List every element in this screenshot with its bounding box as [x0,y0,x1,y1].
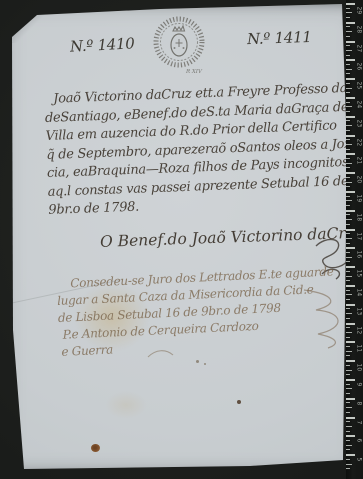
ruler-cm-segment: 24 [346,97,363,116]
ruler-tick-half [346,257,352,258]
ruler-cm-segment: 19 [346,191,363,210]
ruler-tick-minor [346,120,350,121]
ruler-tick-minor [346,318,350,319]
ruler-cm-segment: 8 [346,398,363,417]
ruler-tick-major [346,153,355,155]
ruler-tick-minor [346,337,350,338]
endorsement-text-block: Consedeu-se Juro dos Lettrados E.te agua… [56,263,337,360]
ruler-number: 16 [356,251,363,259]
ruler-tick-major [346,285,355,287]
ruler-tick-major [346,59,355,61]
ruler-tick-minor [346,308,350,309]
ruler-tick-minor [346,158,350,159]
torn-corner-shade [12,13,46,43]
ruler-tick-major [346,116,355,118]
ruler-cm-segment: 18 [346,210,363,229]
ink-dot [204,363,206,365]
ruler-tick-minor [346,374,350,375]
ruler-tick-minor [346,214,350,215]
ruler-tick-major [346,210,355,212]
ruler-tick-minor [346,36,350,37]
scan-background: N.º 1410 N.º 1411 R XIV Joaõ Victorino d… [0,0,363,479]
crown-seal-stamp-icon: R XIV [148,15,214,77]
ruler-cm-segment: 27 [346,41,363,60]
ruler-tick-minor [346,365,350,366]
ruler-tick-minor [346,45,350,46]
ruler-cm-segment: 9 [346,379,363,398]
ruler-number: 14 [356,289,363,297]
ruler-number: 18 [356,213,363,221]
ruler-tick-major [346,398,355,400]
ruler-tick-half [346,144,352,145]
ruler-tick-minor [346,111,350,112]
ruler-tick-half [346,426,352,427]
ruler-number: 26 [356,63,363,71]
ruler-number: 28 [356,25,363,33]
ruler-cm-segment: 22 [346,135,363,154]
ruler-tick-minor [346,290,350,291]
ruler-number: 24 [356,101,363,109]
ruler-tick-major [346,135,355,137]
ruler-tick-half [346,294,352,295]
ruler-cm-segment: 25 [346,78,363,97]
ruler-tick-minor [346,459,350,460]
ruler-cm-segment: 13 [346,304,363,323]
endorsement-flourish-icon [298,286,346,350]
ruler-tick-minor [346,139,350,140]
ruler-tick-major [346,229,355,231]
paper-stain-faint [96,385,156,425]
ruler-tick-half [346,407,352,408]
ruler-tick-half [346,106,352,107]
ruler-tick-major [346,435,355,437]
ruler-tick-half [346,238,352,239]
ruler-cm-segment: 29 [346,3,363,22]
ruler-tick-minor [346,177,350,178]
ruler-tick-half [346,464,352,465]
ruler-tick-minor [346,130,350,131]
ruler-tick-minor [346,186,350,187]
ruler-cm-segment: 6 [346,435,363,454]
ruler-number: 6 [356,439,363,447]
ruler-tick-major [346,266,355,268]
ruler-number: 13 [356,307,363,315]
ruler-cm-segment: 20 [346,172,363,191]
ruler-tick-minor [346,412,350,413]
ruler-tick-minor [346,402,350,403]
ruler-cm-segment: 7 [346,417,363,436]
ruler: 2928272625242322212019181716151413121110… [346,0,363,479]
ruler-tick-major [346,417,355,419]
ruler-tick-minor [346,243,350,244]
ruler-tick-minor [346,449,350,450]
ruler-cm-segment: 26 [346,59,363,78]
ruler-tick-half [346,370,352,371]
ruler-cm-segment: 21 [346,153,363,172]
ruler-tick-minor [346,299,350,300]
ruler-tick-major [346,41,355,43]
ruler-cm-segment: 14 [346,285,363,304]
ruler-cm-segment: 12 [346,323,363,342]
ruler-tick-major [346,247,355,249]
ruler-number: 9 [356,383,363,391]
ruler-tick-half [346,31,352,32]
ruler-tick-minor [346,440,350,441]
ruler-tick-half [346,50,352,51]
ruler-number: 7 [356,420,363,428]
ruler-tick-half [346,219,352,220]
ruler-number: 8 [356,401,363,409]
ruler-tick-major [346,191,355,193]
ruler-number: 23 [356,119,363,127]
ink-speck [237,400,241,404]
ruler-tick-minor [346,64,350,65]
ruler-cm-segment: 17 [346,229,363,248]
ruler-tick-minor [346,421,350,422]
ruler-tick-minor [346,224,350,225]
ink-dot [196,360,199,363]
ruler-cm-segment: 16 [346,247,363,266]
ruler-tick-minor [346,252,350,253]
ruler-tick-minor [346,92,350,93]
ruler-tick-major [346,323,355,325]
ruler-tick-minor [346,468,350,469]
ruler-tick-major [346,172,355,174]
endorsement-curl-icon [146,347,176,361]
ruler-tick-half [346,125,352,126]
ruler-tick-minor [346,271,350,272]
ruler-tick-minor [346,102,350,103]
ruler-number: 12 [356,326,363,334]
ruler-number: 5 [356,458,363,466]
ruler-tick-major [346,22,355,24]
ruler-number: 11 [356,345,363,353]
ruler-tick-minor [346,149,350,150]
registry-number-right: N.º 1411 [247,28,312,48]
ruler-tick-minor [346,17,350,18]
ruler-cm-segment: 23 [346,116,363,135]
ruler-tick-minor [346,55,350,56]
ruler-tick-minor [346,167,350,168]
document-paper: N.º 1410 N.º 1411 R XIV Joaõ Victorino d… [0,0,363,479]
ruler-tick-half [346,313,352,314]
ruler-number: 22 [356,138,363,146]
ruler-tick-half [346,182,352,183]
ruler-tick-half [346,163,352,164]
ruler-tick-minor [346,8,350,9]
ruler-tick-major [346,360,355,362]
ruler-number: 21 [356,157,363,165]
ruler-tick-minor [346,73,350,74]
ruler-tick-half [346,88,352,89]
ruler-tick-major [346,454,355,456]
ruler-tick-minor [346,233,350,234]
ruler-cm-segment: 10 [346,360,363,379]
ruler-tick-minor [346,261,350,262]
ruler-tick-major [346,379,355,381]
ruler-number: 10 [356,364,363,372]
ruler-tick-major [346,78,355,80]
ruler-tick-minor [346,393,350,394]
ruler-tick-half [346,388,352,389]
ruler-number: 25 [356,82,363,90]
ink-blot [91,444,100,452]
ruler-tick-minor [346,83,350,84]
registry-number-left: N.º 1410 [70,34,135,55]
ruler-tick-minor [346,355,350,356]
ruler-cm-segment: 28 [346,22,363,41]
ruler-tick-major [346,3,355,5]
ruler-tick-minor [346,280,350,281]
ruler-tick-half [346,12,352,13]
ruler-number: 17 [356,232,363,240]
ruler-tick-half [346,445,352,446]
ruler-tick-minor [346,196,350,197]
ruler-tick-minor [346,26,350,27]
ruler-number: 15 [356,270,363,278]
ruler-tick-minor [346,205,350,206]
ruler-number: 29 [356,7,363,15]
ruler-tick-half [346,351,352,352]
ruler-tick-major [346,304,355,306]
ruler-number: 20 [356,176,363,184]
ruler-tick-minor [346,346,350,347]
certificate-text-block: Joaõ Victorino daCruz ett.a Freyre Profe… [44,80,357,221]
ruler-tick-major [346,341,355,343]
ruler-tick-major [346,97,355,99]
ruler-number: 27 [356,44,363,52]
ruler-tick-half [346,276,352,277]
ruler-tick-minor [346,431,350,432]
ruler-cm-segment: 15 [346,266,363,285]
ruler-tick-half [346,200,352,201]
ruler-tick-half [346,69,352,70]
ruler-tick-half [346,332,352,333]
stamp-caption: R XIV [185,69,203,75]
ruler-number: 19 [356,195,363,203]
ruler-tick-minor [346,384,350,385]
ruler-cm-segment: 5 [346,454,363,473]
ruler-tick-minor [346,327,350,328]
ruler-cm-segment: 11 [346,341,363,360]
